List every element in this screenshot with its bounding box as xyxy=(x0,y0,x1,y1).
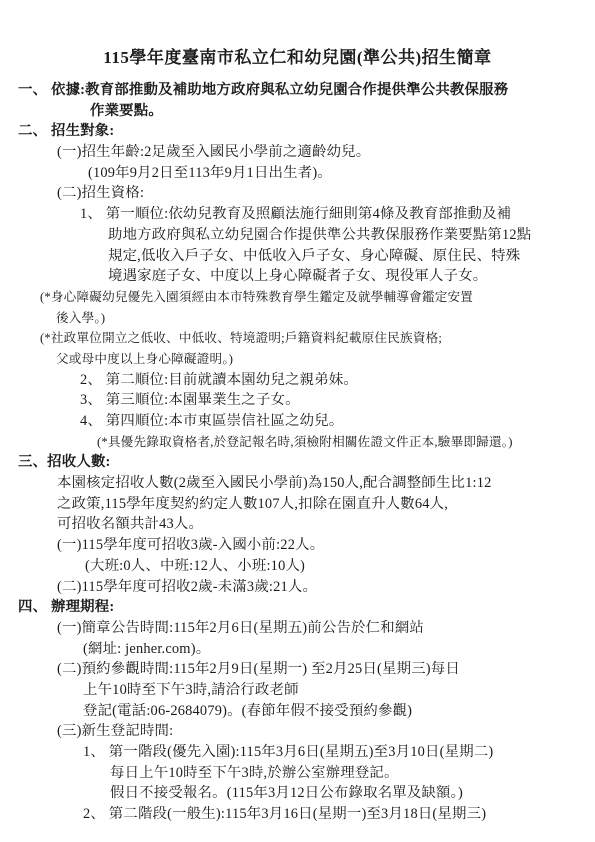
document-line: (大班:0人、中班:12人、小班:10人) xyxy=(0,556,595,577)
document-line: 登記(電話:06-2684079)。(春節年假不接受預約參觀) xyxy=(0,701,595,722)
document-line: 作業要點。 xyxy=(0,101,595,122)
document-line: (一)招生年齡:2足歲至入國民小學前之適齡幼兒。 xyxy=(0,142,595,163)
document-line: 父或母中度以上身心障礙證明。) xyxy=(0,349,595,370)
document-line: 2、 第二順位:目前就讀本園幼兒之親弟妹。 xyxy=(0,370,595,391)
document-line: 上午10時至下午3時,請洽行政老師 xyxy=(0,680,595,701)
document-line: 助地方政府與私立幼兒園合作提供準公共教保服務作業要點第12點 xyxy=(0,225,595,246)
document-line: (109年9月2日至113年9月1日出生者)。 xyxy=(0,163,595,184)
document-line: (*具優先錄取資格者,於登記報名時,須檢附相關佐證文件正本,驗畢即歸還。) xyxy=(0,432,595,453)
document-title: 115學年度臺南市私立仁和幼兒園(準公共)招生簡章 xyxy=(0,0,595,70)
document-line: 每日上午10時至下午3時,於辦公室辦理登記。 xyxy=(0,763,595,784)
document-line: (一)115學年度可招收3歲-入國小前:22人。 xyxy=(0,535,595,556)
document-line: (二)115學年度可招收2歲-未滿3歲:21人。 xyxy=(0,577,595,598)
document-body: 一、 依據:教育部推動及補助地方政府與私立幼兒園合作提供準公共教保服務作業要點。… xyxy=(0,80,595,825)
document-line: 規定,低收入戶子女、中低收入戶子女、身心障礙、原住民、特殊 xyxy=(0,246,595,267)
document-line: 假日不接受報名。(115年3月12日公布錄取名單及缺額。) xyxy=(0,783,595,804)
document-line: (三)新生登記時間: xyxy=(0,721,595,742)
document-line: (*社政單位開立之低收、中低收、特境證明;戶籍資料紀載原住民族資格; xyxy=(0,328,595,349)
document-line: 4、 第四順位:本市東區崇信社區之幼兒。 xyxy=(0,411,595,432)
document-line: (網址: jenher.com)。 xyxy=(0,639,595,660)
document-line: 本園核定招收人數(2歲至入國民小學前)為150人,配合調整師生比1:12 xyxy=(0,473,595,494)
document-line: (一)簡章公告時間:115年2月6日(星期五)前公告於仁和網站 xyxy=(0,618,595,639)
document-line: (二)招生資格: xyxy=(0,183,595,204)
document-line: 三、招收人數: xyxy=(0,452,595,473)
document-line: 1、 第一順位:依幼兒教育及照顧法施行細則第4條及教育部推動及補 xyxy=(0,204,595,225)
document-line: 之政策,115學年度契約約定人數107人,扣除在園直升人數64人, xyxy=(0,494,595,515)
document-line: 可招收名額共計43人。 xyxy=(0,514,595,535)
document-line: 2、 第二階段(一般生):115年3月16日(星期一)至3月18日(星期三) xyxy=(0,804,595,825)
document-line: 1、 第一階段(優先入園):115年3月6日(星期五)至3月10日(星期二) xyxy=(0,742,595,763)
document-line: 3、 第三順位:本園畢業生之子女。 xyxy=(0,390,595,411)
document-line: 後入學。) xyxy=(0,308,595,329)
document-line: 四、 辦理期程: xyxy=(0,597,595,618)
document-line: (二)預約參觀時間:115年2月9日(星期一) 至2月25日(星期三)每日 xyxy=(0,659,595,680)
document-line: 一、 依據:教育部推動及補助地方政府與私立幼兒園合作提供準公共教保服務 xyxy=(0,80,595,101)
document-line: 境遇家庭子女、中度以上身心障礙者子女、現役軍人子女。 xyxy=(0,266,595,287)
document-line: (*身心障礙幼兒優先入園須經由本市特殊教育學生鑑定及就學輔導會鑑定安置 xyxy=(0,287,595,308)
document-page: 115學年度臺南市私立仁和幼兒園(準公共)招生簡章 一、 依據:教育部推動及補助… xyxy=(0,0,595,842)
document-line: 二、 招生對象: xyxy=(0,121,595,142)
